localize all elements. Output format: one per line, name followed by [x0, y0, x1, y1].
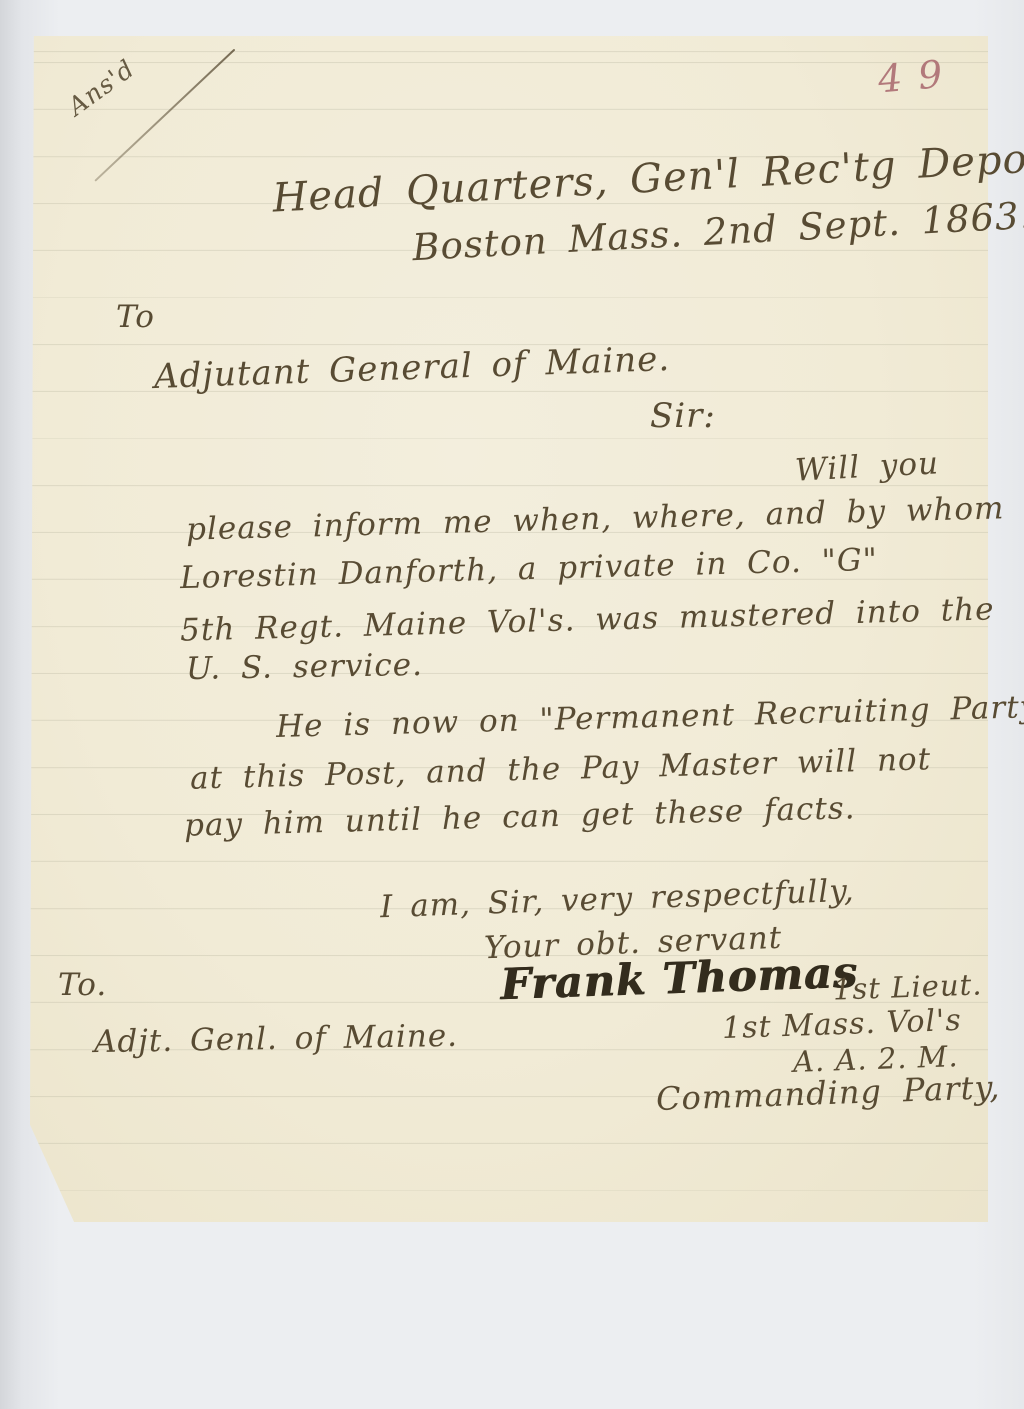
signature-rank: 1st Lieut. [832, 969, 982, 1006]
salutation: Sir: [650, 398, 716, 435]
body-line-5: U. S. service. [186, 648, 423, 686]
scanned-letter-page: { "scan": { "page_number": "49", "answer… [0, 0, 1024, 1409]
footer-to: To. [58, 968, 107, 1002]
unit-line-1: 1st Mass. Vol's [721, 1004, 962, 1045]
address-to: To [116, 300, 155, 334]
body-line-1: Will you [794, 446, 940, 488]
page-number: 49 [876, 53, 960, 102]
footer-recipient: Adjt. Genl. of Maine. [94, 1019, 459, 1059]
